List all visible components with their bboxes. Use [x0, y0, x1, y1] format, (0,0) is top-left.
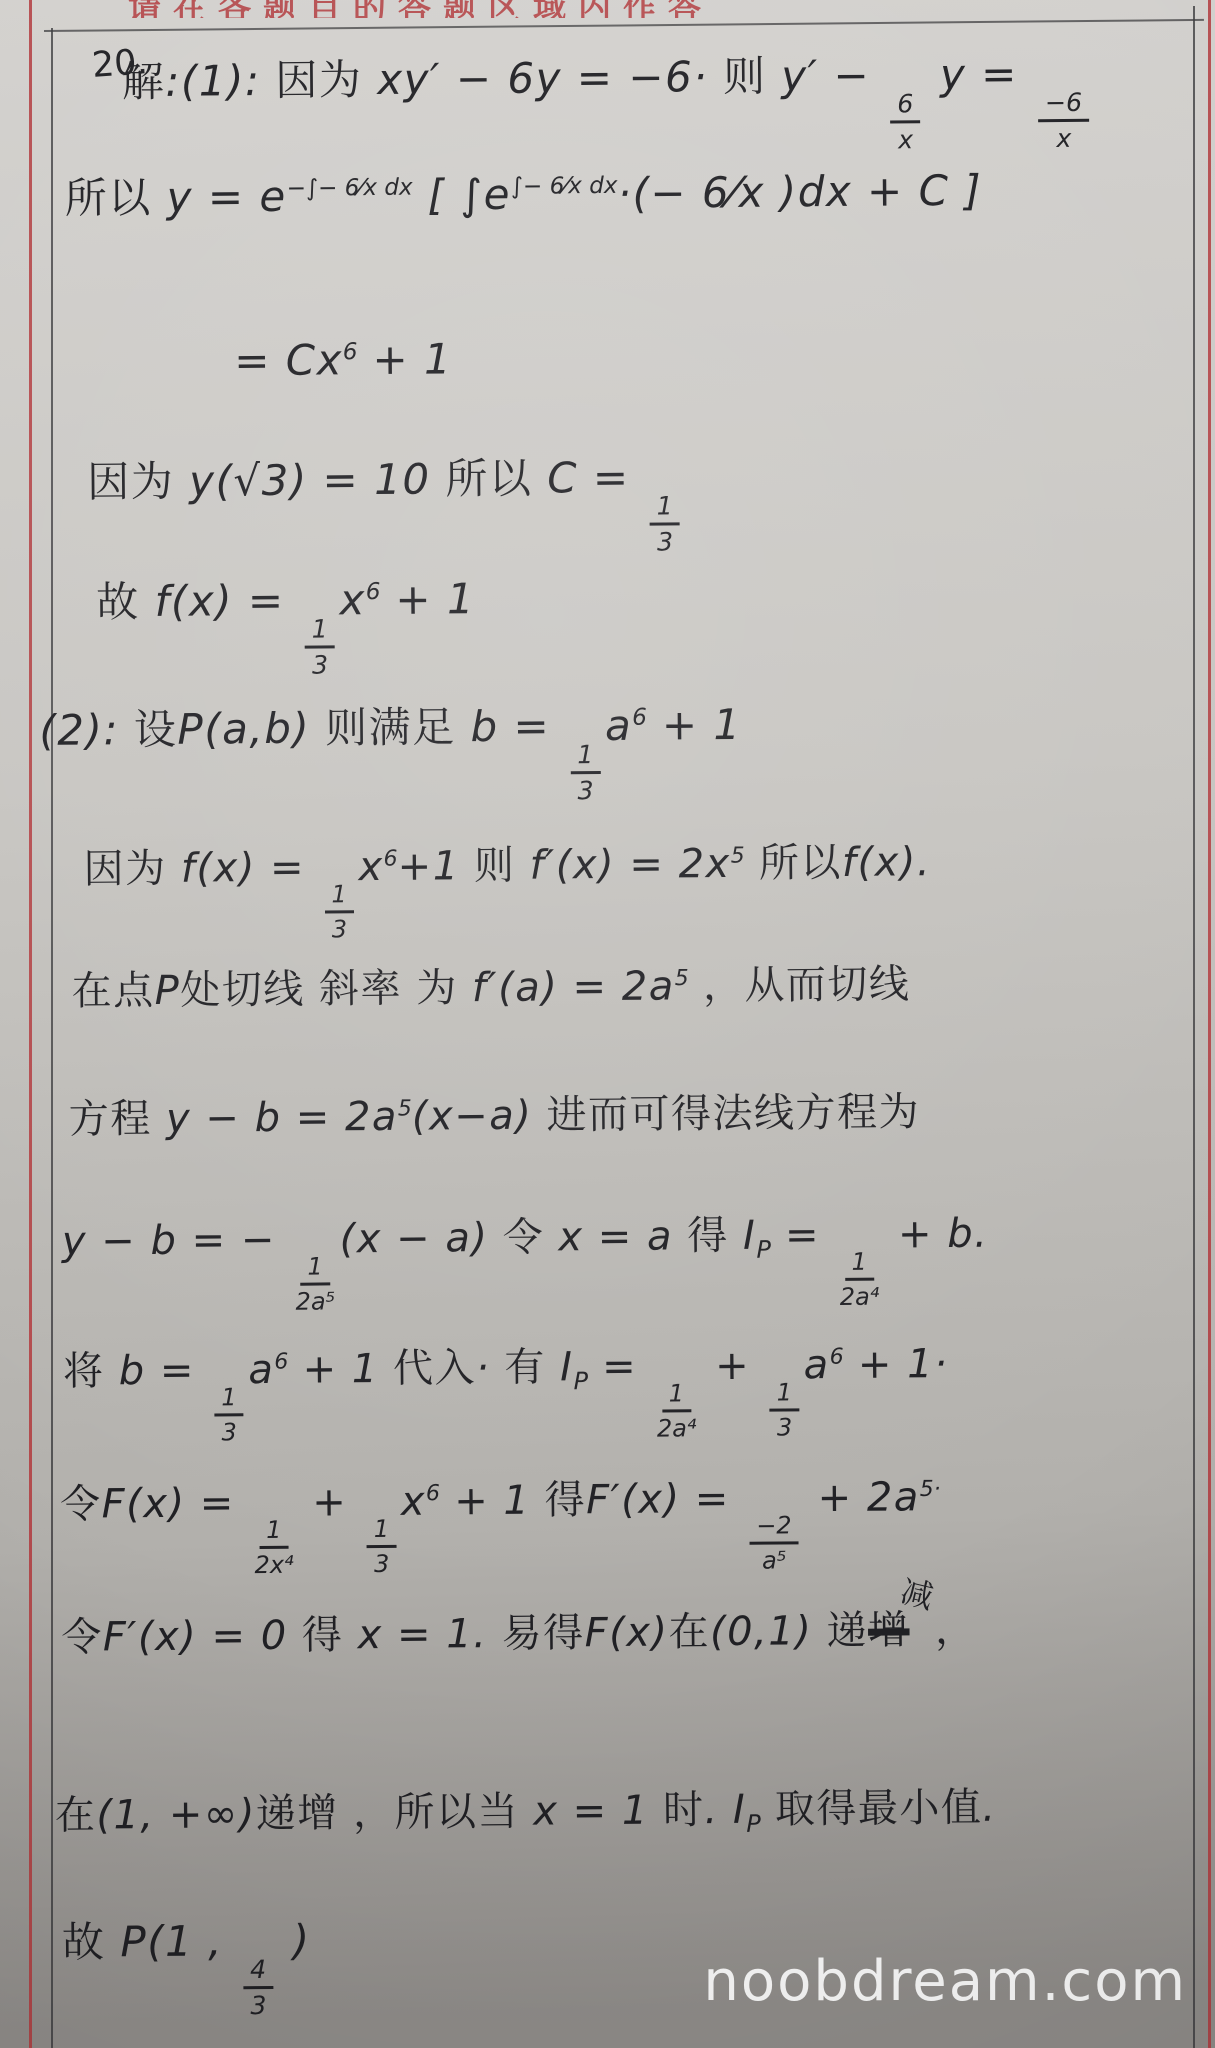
fraction: −2a⁵: [749, 1513, 799, 1572]
handwriting-line-14: 在(1, +∞)递增 ，所以当 x = 1 时. IP 取得最小值.: [55, 1783, 997, 1845]
fraction: 13: [367, 1517, 397, 1576]
handwriting-line-13: 令F′(x) = 0 得 x = 1. 易得F(x)在(0,1) 递增减，: [61, 1605, 977, 1663]
handwriting-line-6: (2): 设P(a,b) 则满足 b = 13a6 + 1: [39, 699, 742, 809]
fraction: −6x: [1038, 90, 1090, 152]
fraction: 13: [770, 1380, 800, 1439]
fraction: 43: [243, 1957, 274, 2019]
fraction: 13: [214, 1385, 244, 1444]
handwriting-line-7: 因为 f(x) = 13x6+1 则 f′(x) = 2x5 所以f(x).: [83, 837, 931, 943]
handwriting-line-5: 故 f(x) = 13x6 + 1: [96, 573, 476, 680]
handwriting-line-10: y − b = − 12a⁵(x − a) 令 x = a 得 IP = 12a…: [62, 1209, 989, 1316]
fraction: 12a⁴: [839, 1250, 879, 1309]
handwriting-line-1: 解:(1): 因为 xy′ − 6y = −6· 则 y′ − 6x y = −…: [122, 48, 1095, 160]
fraction: 13: [570, 742, 601, 804]
fraction: 13: [650, 493, 681, 555]
handwriting-line-11: 将 b = 13a6 + 1 代入· 有 IP = 12a⁴ + 13a6 + …: [63, 1339, 949, 1446]
handwriting-line-2: 所以 y = e−∫− 6⁄x dx [ ∫e∫− 6⁄x dx·(− 6⁄x …: [65, 165, 983, 226]
watermark-text: noobdream.com: [703, 1949, 1187, 2014]
handwriting-line-8: 在点P处切线 斜率 为 f′(a) = 2a5 ，从而切线: [71, 959, 910, 1016]
fraction: 13: [324, 882, 354, 941]
handwriting-line-4: 因为 y(√3) = 10 所以 C = 13: [87, 451, 685, 560]
handwriting-line-15: 故 P(1 , 43 ): [62, 1915, 312, 2021]
handwriting-line-12: 令F(x) = 12x⁴ + 13x6 + 1 得F′(x) = −2a⁵ + …: [60, 1472, 942, 1579]
handwriting-area: 解:(1): 因为 xy′ − 6y = −6· 则 y′ − 6x y = −…: [0, 0, 1215, 2048]
fraction: 12x⁴: [254, 1518, 294, 1577]
fraction: 6x: [890, 91, 921, 153]
answer-sheet-photo: 请在各题目的答题区域内作答 20. 解:(1): 因为 xy′ − 6y = −…: [0, 0, 1215, 2048]
fraction: 13: [305, 616, 336, 678]
handwriting-line-9: 方程 y − b = 2a5(x−a) 进而可得法线方程为: [69, 1087, 921, 1144]
handwriting-line-3: = Cx6 + 1: [234, 333, 453, 387]
fraction: 12a⁴: [656, 1381, 696, 1440]
fraction: 12a⁵: [295, 1254, 335, 1313]
